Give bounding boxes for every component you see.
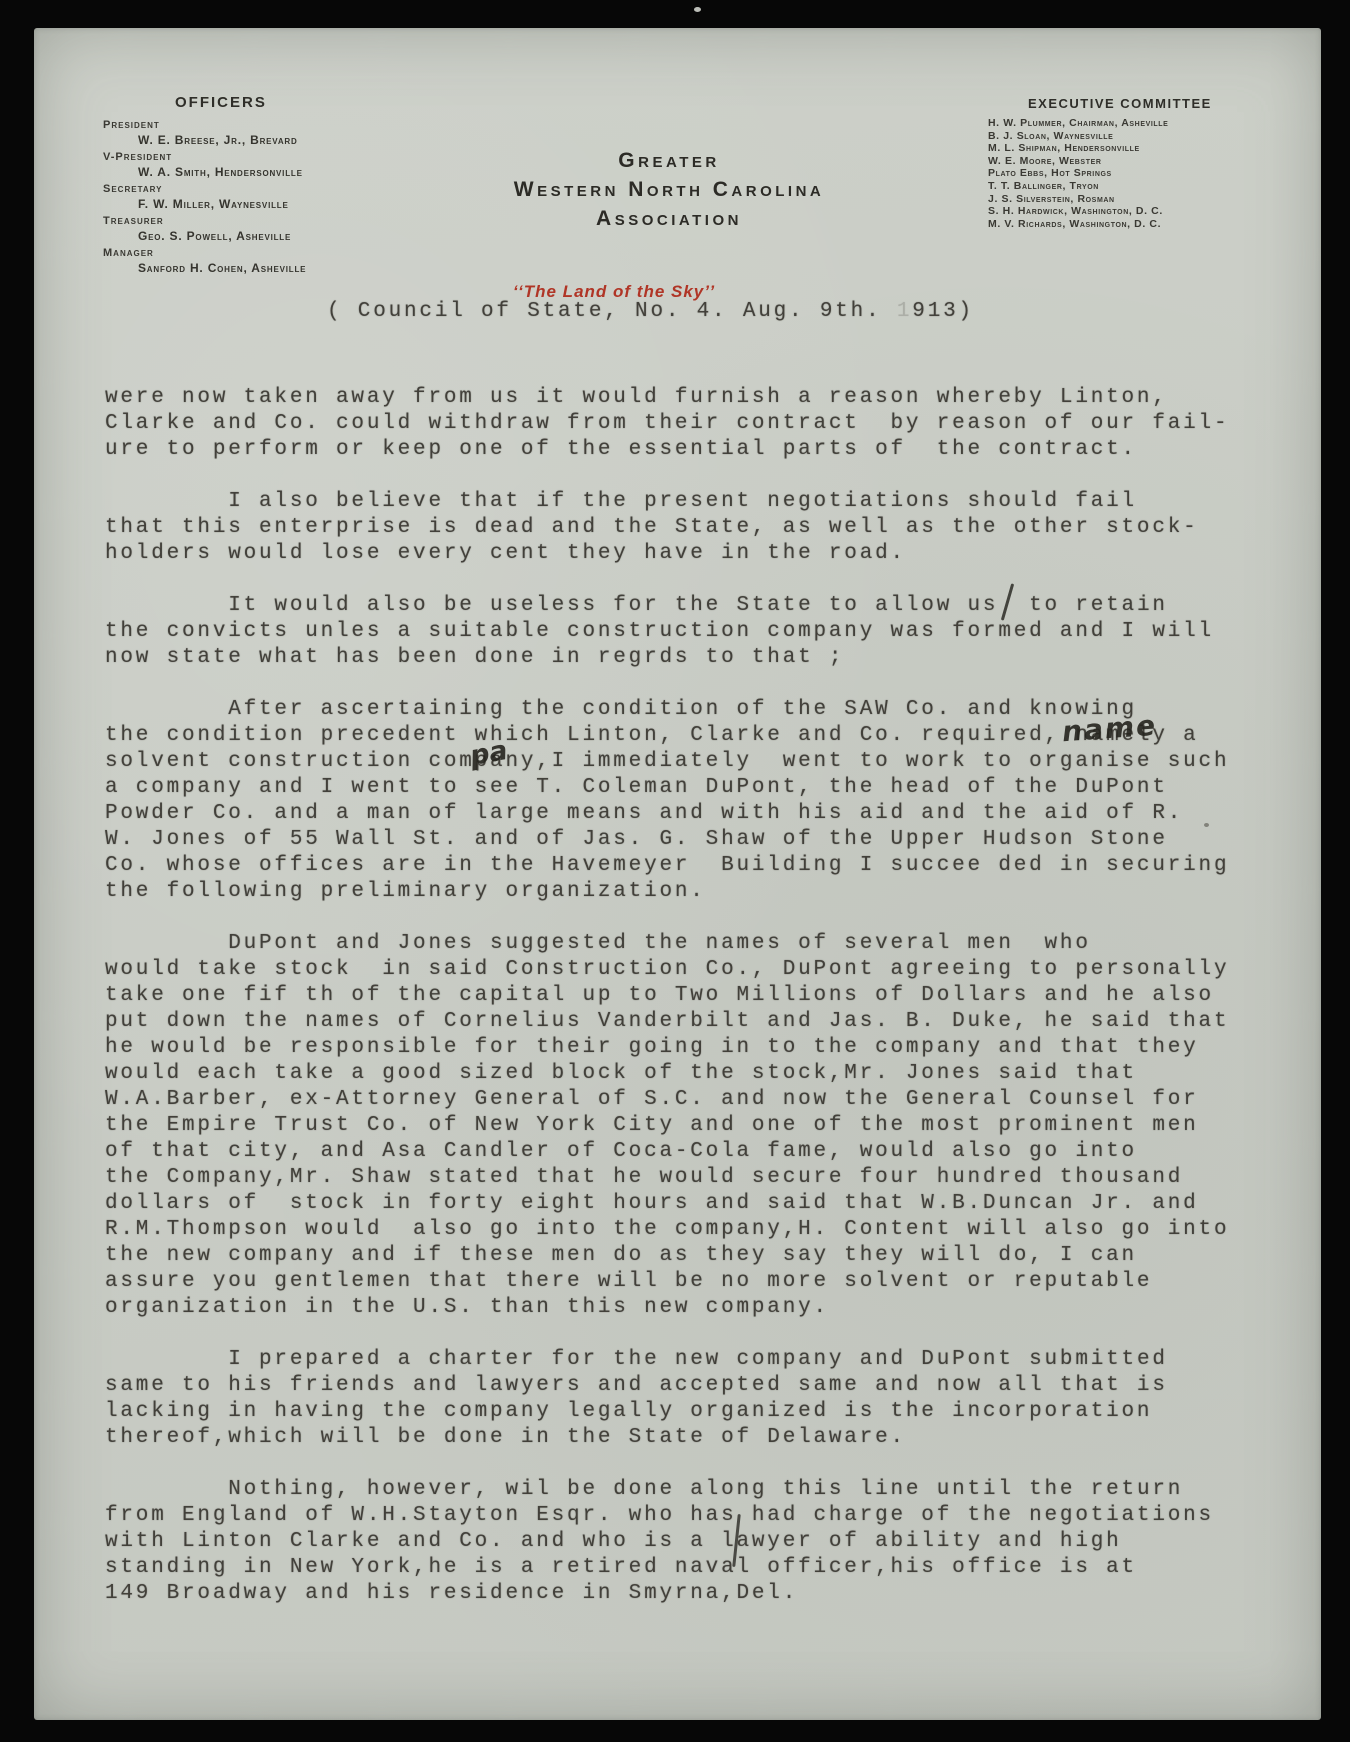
officer-name: Sanford H. Cohen, Asheville [103, 261, 393, 275]
body-paragraph: It would also be useless for the State t… [105, 593, 1291, 671]
handwritten-name-overwrite: name [1061, 709, 1158, 749]
letter-body: were now taken away from us it would fur… [105, 385, 1291, 1633]
committee-member: W. E. Moore, Webster [988, 155, 1238, 168]
scanned-letter-background: { "letterhead": { "officers": { "heading… [0, 0, 1350, 1742]
committee-member: M. L. Shipman, Hendersonville [988, 142, 1238, 155]
handwritten-pa-overwrite: pa [468, 735, 510, 772]
committee-member: J. S. Silverstein, Rosman [988, 193, 1238, 206]
body-paragraph: were now taken away from us it would fur… [105, 385, 1291, 463]
officer-name: W. E. Breese, Jr., Brevard [103, 133, 393, 147]
reference-line-faint-digit: 1 [897, 300, 912, 323]
body-paragraph: I also believe that if the present negot… [105, 489, 1291, 567]
committee-member: Plato Ebbs, Hot Springs [988, 167, 1238, 180]
title-line-2: Western North Carolina [334, 175, 1004, 204]
title-line-3: Association [334, 204, 1004, 233]
officer-role: President [103, 119, 393, 132]
officers-heading: OFFICERS [103, 94, 393, 111]
officer-item: ManagerSanford H. Cohen, Asheville [103, 247, 393, 275]
title-line-1: Greater [334, 146, 1004, 175]
scan-speck [694, 7, 701, 12]
executive-committee-heading: EXECUTIVE COMMITTEE [988, 96, 1238, 111]
executive-committee-block: EXECUTIVE COMMITTEE H. W. Plummer, Chair… [988, 96, 1238, 230]
committee-member: M. V. Richards, Washington, D. C. [988, 218, 1238, 231]
reference-line-prefix: ( Council of State, No. 4. Aug. 9th. [327, 300, 897, 323]
committee-member: H. W. Plummer, Chairman, Asheville [988, 117, 1238, 130]
executive-committee-list: H. W. Plummer, Chairman, AshevilleB. J. … [988, 117, 1238, 230]
reference-line: ( Council of State, No. 4. Aug. 9th. 191… [327, 300, 974, 323]
body-paragraph: I prepared a charter for the new company… [105, 1347, 1291, 1451]
letter-page: OFFICERS PresidentW. E. Breese, Jr., Bre… [34, 28, 1321, 1720]
committee-member: S. H. Hardwick, Washington, D. C. [988, 205, 1238, 218]
slogan: ‘‘The Land of the Sky’’ [279, 282, 949, 302]
committee-member: T. T. Ballinger, Tryon [988, 180, 1238, 193]
body-paragraph: DuPont and Jones suggested the names of … [105, 931, 1291, 1321]
committee-member: B. J. Sloan, Waynesville [988, 130, 1238, 143]
officer-role: Manager [103, 247, 393, 260]
officer-item: PresidentW. E. Breese, Jr., Brevard [103, 119, 393, 147]
reference-line-suffix: 913) [912, 300, 974, 323]
association-title: Greater Western North Carolina Associati… [334, 146, 1004, 233]
body-paragraph: Nothing, however, wil be done along this… [105, 1477, 1291, 1607]
ink-speck [1204, 823, 1209, 827]
